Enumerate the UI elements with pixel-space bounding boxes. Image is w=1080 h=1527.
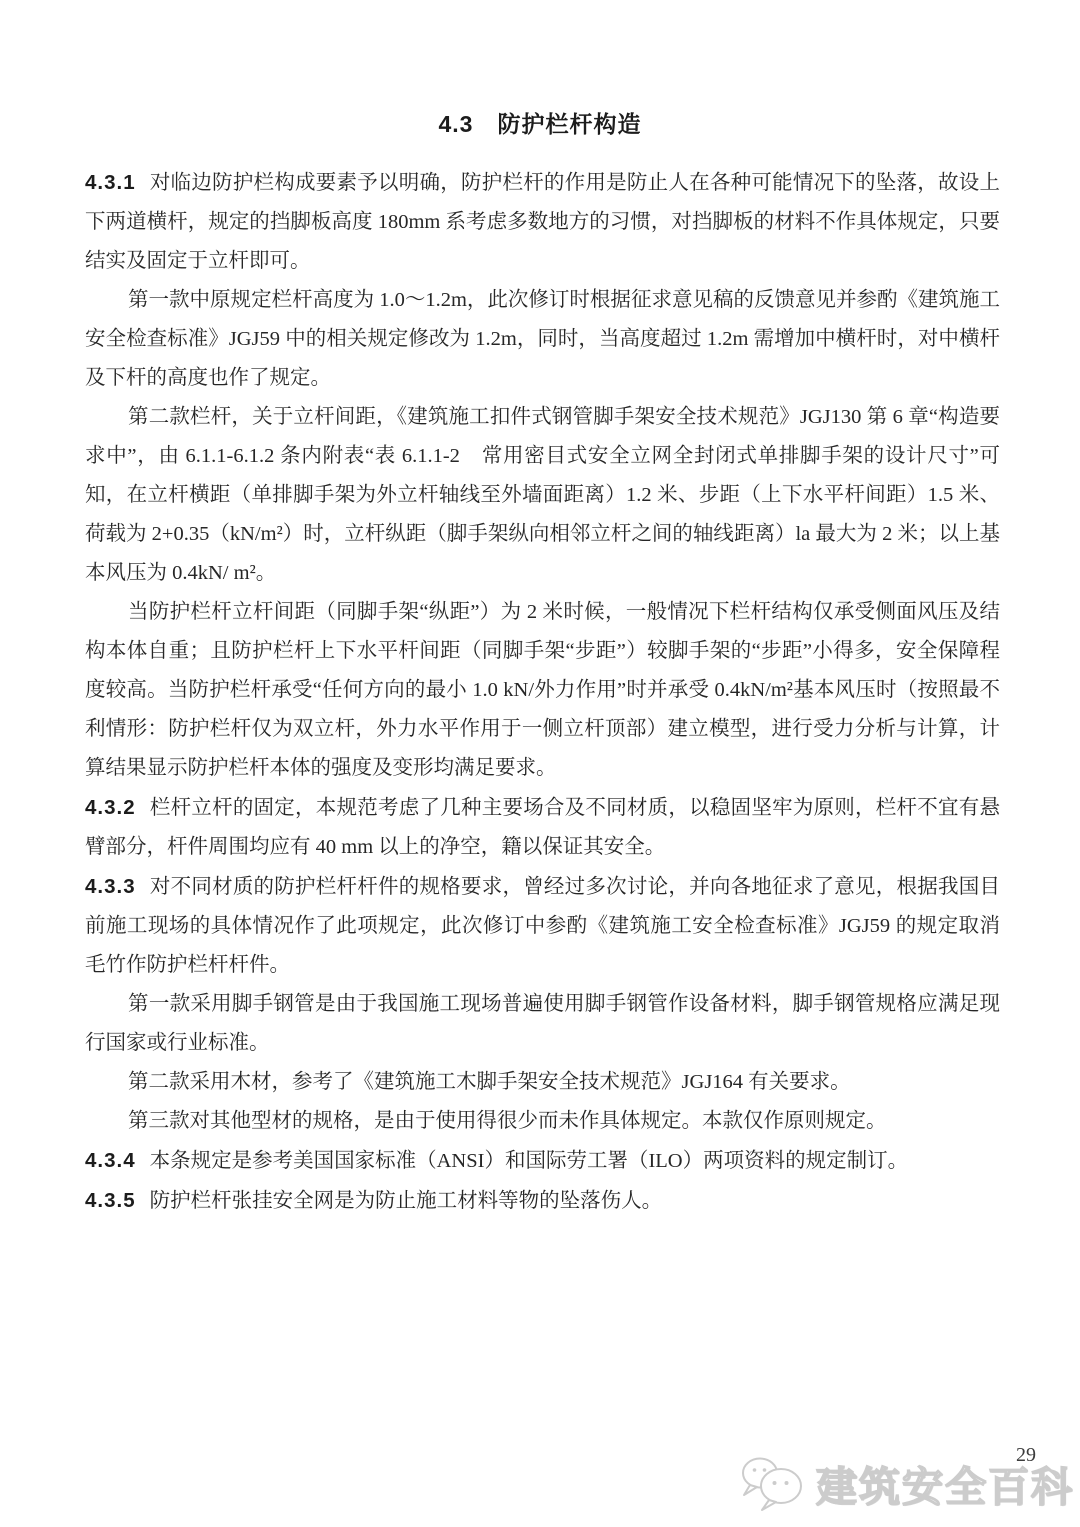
clause-text: 栏杆立杆的固定，本规范考虑了几种主要场合及不同材质，以稳固坚牢为原则，栏杆不宜有… bbox=[85, 797, 1000, 858]
paragraph-4-3-1-note-1: 第一款中原规定栏杆高度为 1.0～1.2m，此次修订时根据征求意见稿的反馈意见并… bbox=[85, 281, 1000, 398]
clause-text: 第二款栏杆，关于立杆间距，《建筑施工扣件式钢管脚手架安全技术规范》JGJ130 … bbox=[85, 406, 1000, 584]
paragraph-4-3-4: 4.3.4本条规定是参考美国国家标准（ANSI）和国际劳工署（ILO）两项资料的… bbox=[85, 1141, 1000, 1181]
clause-number: 4.3.1 bbox=[85, 171, 136, 194]
paragraph-4-3-1: 4.3.1对临边防护栏构成要素予以明确，防护栏杆的作用是防止人在各种可能情况下的… bbox=[85, 163, 1000, 281]
clause-number: 4.3.5 bbox=[85, 1189, 136, 1212]
section-title: 4.3 防护栏杆构造 bbox=[0, 0, 1080, 139]
document-body: 4.3.1对临边防护栏构成要素予以明确，防护栏杆的作用是防止人在各种可能情况下的… bbox=[85, 163, 1000, 1221]
document-page: 4.3 防护栏杆构造 4.3.1对临边防护栏构成要素予以明确，防护栏杆的作用是防… bbox=[0, 0, 1080, 1527]
clause-text: 对临边防护栏构成要素予以明确，防护栏杆的作用是防止人在各种可能情况下的坠落，故设… bbox=[85, 172, 1000, 272]
clause-text: 第一款采用脚手钢管是由于我国施工现场普遍使用脚手钢管作设备材料，脚手钢管规格应满… bbox=[85, 993, 1000, 1054]
clause-text: 当防护栏杆立杆间距（同脚手架“纵距”）为 2 米时候，一般情况下栏杆结构仅承受侧… bbox=[85, 601, 1000, 779]
wechat-chat-bubbles-icon bbox=[738, 1455, 808, 1513]
clause-text: 第二款采用木材，参考了《建筑施工木脚手架安全技术规范》JGJ164 有关要求。 bbox=[128, 1071, 851, 1093]
paragraph-4-3-3-note-2: 第二款采用木材，参考了《建筑施工木脚手架安全技术规范》JGJ164 有关要求。 bbox=[85, 1063, 1000, 1102]
clause-text: 对不同材质的防护栏杆杆件的规格要求，曾经过多次讨论，并向各地征求了意见，根据我国… bbox=[85, 876, 1000, 976]
clause-text: 第一款中原规定栏杆高度为 1.0～1.2m，此次修订时根据征求意见稿的反馈意见并… bbox=[85, 289, 1000, 389]
paragraph-4-3-5: 4.3.5防护栏杆张挂安全网是为防止施工材料等物的坠落伤人。 bbox=[85, 1181, 1000, 1221]
watermark-logo: 建筑安全百科 bbox=[738, 1454, 1074, 1513]
clause-number: 4.3.4 bbox=[85, 1149, 136, 1172]
paragraph-4-3-1-note-3: 当防护栏杆立杆间距（同脚手架“纵距”）为 2 米时候，一般情况下栏杆结构仅承受侧… bbox=[85, 593, 1000, 788]
clause-text: 第三款对其他型材的规格，是由于使用得很少而未作具体规定。本款仅作原则规定。 bbox=[128, 1110, 887, 1132]
paragraph-4-3-3-note-3: 第三款对其他型材的规格，是由于使用得很少而未作具体规定。本款仅作原则规定。 bbox=[85, 1102, 1000, 1141]
paragraph-4-3-3: 4.3.3对不同材质的防护栏杆杆件的规格要求，曾经过多次讨论，并向各地征求了意见… bbox=[85, 867, 1000, 985]
clause-text: 本条规定是参考美国国家标准（ANSI）和国际劳工署（ILO）两项资料的规定制订。 bbox=[150, 1150, 909, 1172]
clause-number: 4.3.2 bbox=[85, 796, 136, 819]
clause-text: 防护栏杆张挂安全网是为防止施工材料等物的坠落伤人。 bbox=[150, 1190, 663, 1212]
watermark-label: 建筑安全百科 bbox=[816, 1454, 1074, 1513]
paragraph-4-3-3-note-1: 第一款采用脚手钢管是由于我国施工现场普遍使用脚手钢管作设备材料，脚手钢管规格应满… bbox=[85, 985, 1000, 1063]
clause-number: 4.3.3 bbox=[85, 875, 136, 898]
paragraph-4-3-1-note-2: 第二款栏杆，关于立杆间距，《建筑施工扣件式钢管脚手架安全技术规范》JGJ130 … bbox=[85, 398, 1000, 593]
paragraph-4-3-2: 4.3.2栏杆立杆的固定，本规范考虑了几种主要场合及不同材质，以稳固坚牢为原则，… bbox=[85, 788, 1000, 867]
